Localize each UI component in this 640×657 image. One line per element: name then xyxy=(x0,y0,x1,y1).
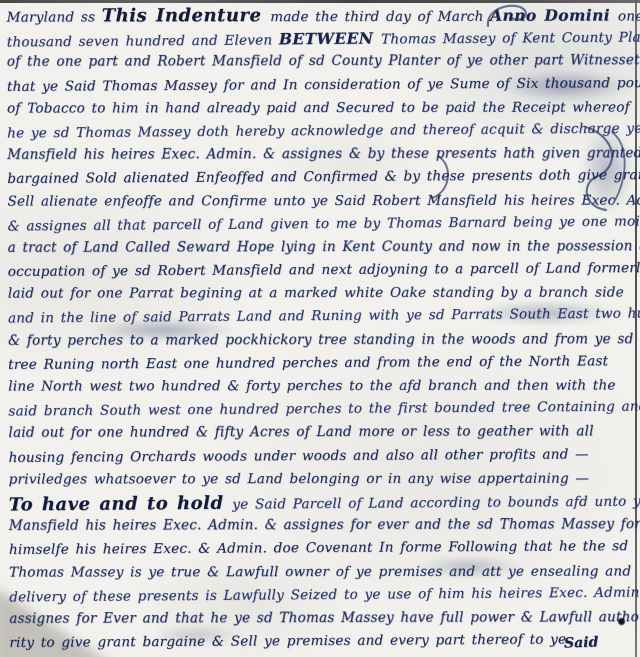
manuscript-text-segment: occupation of ye sd Robert Mansfield and… xyxy=(8,260,640,280)
manuscript-line: himselfe his heires Exec. & Admin. doe C… xyxy=(9,535,631,562)
manuscript-text-segment: rity to give grant bargaine & Sell ye pr… xyxy=(9,632,566,651)
manuscript-text-segment: assignes for Ever and that he ye sd Thom… xyxy=(9,609,639,627)
manuscript-text-segment: Sell alienate enfeoffe and Confirme unto… xyxy=(7,192,640,209)
manuscript-text-segment: tree Runing north East one hundred perch… xyxy=(8,353,608,373)
manuscript-text-segment: of Tobacco to him in hand already paid a… xyxy=(7,99,630,116)
manuscript-text-segment: delivery of these presents is Lawfully S… xyxy=(9,584,640,605)
manuscript-line: To have and to hold ye Said Parcell of L… xyxy=(9,488,631,516)
manuscript-page: Maryland ss This Indenture made the thir… xyxy=(0,0,640,657)
manuscript-text-segment: thousand seven hundred and Eleven xyxy=(7,32,279,50)
manuscript-text-segment: laid out for one Parrat begining at a ma… xyxy=(8,285,624,302)
manuscript-line: delivery of these presents is Lawfully S… xyxy=(9,581,631,609)
manuscript-text-segment: he ye sd Thomas Massey doth hereby ackno… xyxy=(7,120,640,141)
manuscript-text-segment: that ye Said Thomas Massey for and In co… xyxy=(7,74,640,94)
manuscript-text-segment: of the one part and Robert Mansfield of … xyxy=(7,53,640,71)
manuscript-text-segment: line North west two hundred & forty perc… xyxy=(8,377,615,394)
manuscript-line: priviledges whatsoever to ye sd Land bel… xyxy=(9,467,631,491)
manuscript-text-segment: This Indenture xyxy=(102,5,271,26)
manuscript-text-segment: and in the line of said Parrats Land and… xyxy=(8,306,640,327)
manuscript-line: tree Runing north East one hundred perch… xyxy=(8,350,630,377)
catchword: Said xyxy=(563,634,598,651)
manuscript-line: Thomas Massey is ye true & Lawfull owner… xyxy=(9,560,631,584)
manuscript-text-segment: & forty perches to a marked pockhickory … xyxy=(8,331,633,349)
manuscript-line: line North west two hundred & forty perc… xyxy=(8,374,630,398)
manuscript-text-segment: BETWEEN xyxy=(279,29,381,49)
manuscript-text-segment: & assignes all that parcell of Land give… xyxy=(7,213,640,234)
manuscript-line: assignes for Ever and that he ye sd Thom… xyxy=(9,606,631,631)
manuscript-lines: Maryland ss This Indenture made the thir… xyxy=(7,3,632,655)
manuscript-line: occupation of ye sd Robert Mansfield and… xyxy=(8,257,630,284)
manuscript-text-segment: Mansfield his heires Exec. Admin. & assi… xyxy=(9,516,640,534)
manuscript-line: of the one part and Robert Mansfield of … xyxy=(7,50,629,75)
manuscript-text-segment: priviledges whatsoever to ye sd Land bel… xyxy=(9,470,590,487)
manuscript-line: rity to give grant bargaine & Sell ye pr… xyxy=(9,628,631,655)
manuscript-line: & forty perches to a marked pockhickory … xyxy=(8,328,630,353)
manuscript-text-segment: Thomas Massey is ye true & Lawfull owner… xyxy=(9,563,631,580)
manuscript-text-segment: Anno Domini xyxy=(490,5,618,24)
manuscript-line: a tract of Land Called Seward Hope lying… xyxy=(8,235,630,260)
manuscript-line: laid out for one hundred & fifty Acres o… xyxy=(8,421,630,446)
manuscript-line: Mansfield his heires Exec. Admin. & assi… xyxy=(7,142,629,167)
manuscript-text-segment: Thomas Massey of Kent County Planter xyxy=(381,29,640,47)
manuscript-text-segment: housing fencing Orchards woods under woo… xyxy=(9,446,589,466)
manuscript-line: bargained Sold alienated Enfeoffed and C… xyxy=(7,164,629,191)
manuscript-text-segment: a tract of Land Called Seward Hope lying… xyxy=(8,238,640,256)
manuscript-line: of Tobacco to him in hand already paid a… xyxy=(7,96,629,120)
manuscript-line: housing fencing Orchards woods under woo… xyxy=(8,443,630,470)
page-right-edge xyxy=(635,0,637,657)
manuscript-line: Sell alienate enfeoffe and Confirme unto… xyxy=(7,189,629,213)
manuscript-text-segment: one xyxy=(618,8,640,24)
manuscript-text-segment: laid out for one hundred & fifty Acres o… xyxy=(8,424,593,442)
ink-dot xyxy=(618,618,625,625)
manuscript-line: Mansfield his heires Exec. Admin. & assi… xyxy=(9,513,631,538)
manuscript-text-segment: himselfe his heires Exec. & Admin. doe C… xyxy=(9,538,628,558)
manuscript-text-segment: said branch South west one hundred perch… xyxy=(8,399,640,420)
manuscript-line: Maryland ss This Indenture made the thir… xyxy=(7,3,629,27)
manuscript-text-segment: Mansfield his heires Exec. Admin. & assi… xyxy=(7,145,640,163)
manuscript-text-segment: made the third day of March xyxy=(270,9,490,25)
manuscript-text-segment: To have and to hold xyxy=(9,493,233,516)
manuscript-line: and in the line of said Parrats Land and… xyxy=(8,303,630,331)
manuscript-text-segment: bargained Sold alienated Enfeoffed and C… xyxy=(7,167,640,187)
manuscript-text-segment: ye Said Parcell of Land according to bou… xyxy=(232,493,640,513)
manuscript-line: he ye sd Thomas Massey doth hereby ackno… xyxy=(7,117,629,145)
manuscript-line: that ye Said Thomas Massey for and In co… xyxy=(7,72,629,99)
manuscript-line: & assignes all that parcell of Land give… xyxy=(7,210,629,238)
manuscript-text-segment: Maryland ss xyxy=(7,9,102,25)
